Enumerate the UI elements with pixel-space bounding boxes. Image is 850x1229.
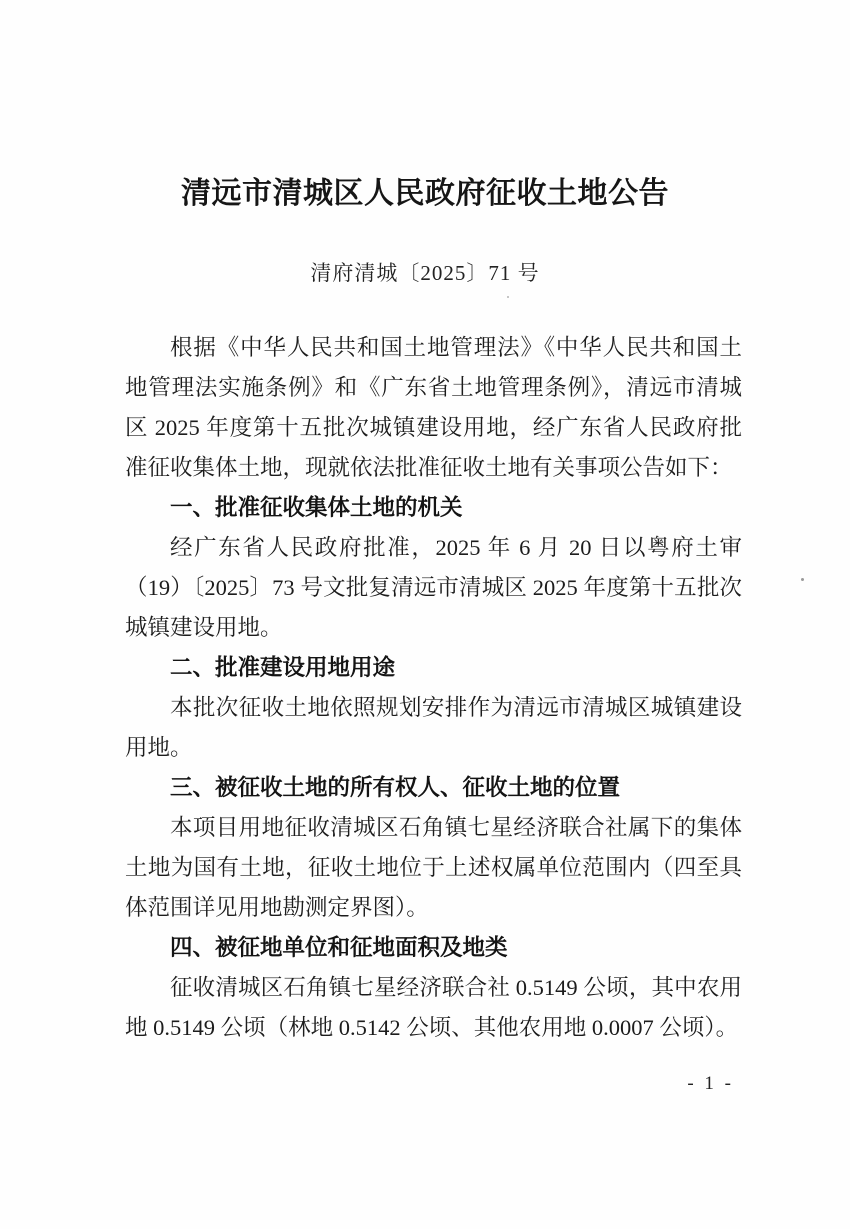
section-heading-3: 三、被征收土地的所有权人、征收土地的位置 [125,768,742,808]
section-heading-4: 四、被征地单位和征地面积及地类 [125,928,742,968]
page-number: - 1 - [687,1073,734,1095]
document-number: 清府清城〔2025〕71 号 [0,257,850,287]
scan-speck [507,296,509,298]
document-page: 清远市清城区人民政府征收土地公告 清府清城〔2025〕71 号 根据《中华人民共… [0,0,850,1229]
section-heading-2: 二、批准建设用地用途 [125,648,742,688]
scan-speck [801,578,804,581]
paragraph-section-2: 本批次征收土地依照规划安排作为清远市清城区城镇建设用地。 [125,688,742,768]
paragraph-section-1: 经广东省人民政府批准，2025 年 6 月 20 日以粤府土审（19）〔2025… [125,528,742,648]
paragraph-section-4: 征收清城区石角镇七星经济联合社 0.5149 公顷，其中农用地 0.5149 公… [125,968,742,1048]
paragraph-intro: 根据《中华人民共和国土地管理法》《中华人民共和国土地管理法实施条例》和《广东省土… [125,328,742,488]
paragraph-section-3: 本项目用地征收清城区石角镇七星经济联合社属下的集体土地为国有土地，征收土地位于上… [125,808,742,928]
document-title: 清远市清城区人民政府征收土地公告 [0,168,850,212]
section-heading-1: 一、批准征收集体土地的机关 [125,488,742,528]
document-body: 根据《中华人民共和国土地管理法》《中华人民共和国土地管理法实施条例》和《广东省土… [125,328,742,1048]
